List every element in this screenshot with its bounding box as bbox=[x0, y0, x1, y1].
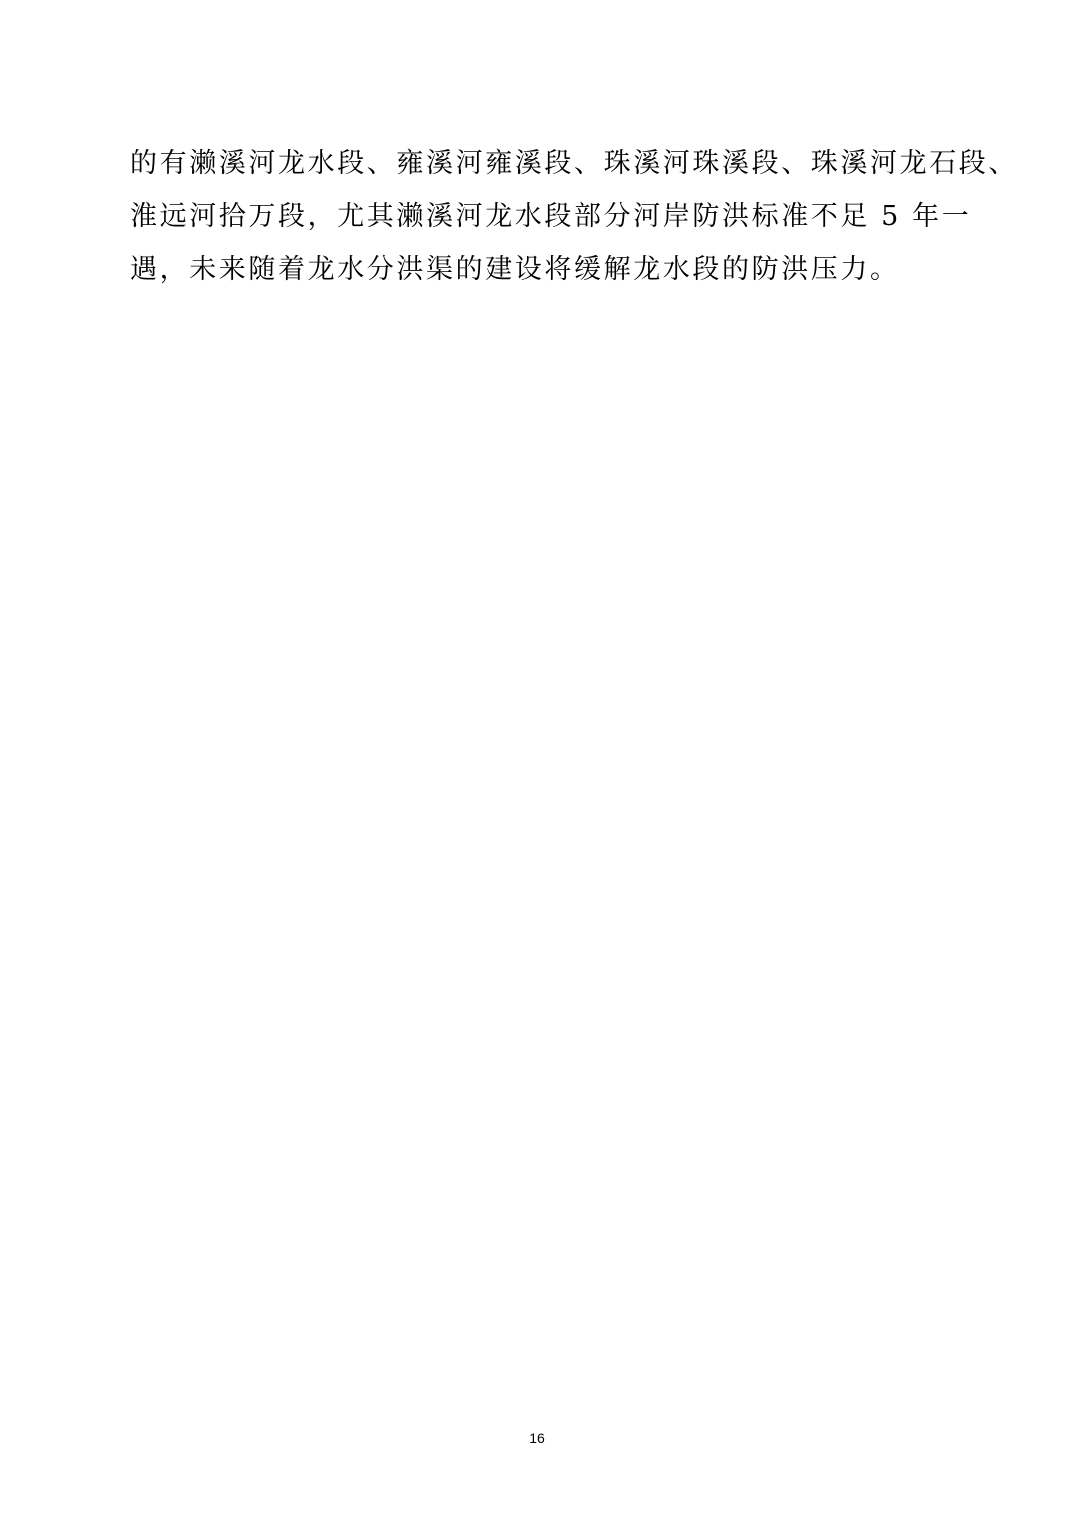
paragraph-line-3: 遇，未来随着龙水分洪渠的建设将缓解龙水段的防洪压力。 bbox=[130, 243, 950, 296]
body-paragraph: 的有濑溪河龙水段、雍溪河雍溪段、珠溪河珠溪段、珠溪河龙石段、 淮远河拾万段，尤其… bbox=[130, 137, 950, 296]
paragraph-line-1: 的有濑溪河龙水段、雍溪河雍溪段、珠溪河珠溪段、珠溪河龙石段、 bbox=[130, 137, 950, 190]
page-number: 16 bbox=[0, 1430, 1074, 1446]
paragraph-line-2: 淮远河拾万段，尤其濑溪河龙水段部分河岸防洪标准不足 5 年一 bbox=[130, 190, 950, 243]
document-page: 的有濑溪河龙水段、雍溪河雍溪段、珠溪河珠溪段、珠溪河龙石段、 淮远河拾万段，尤其… bbox=[0, 0, 1074, 1520]
